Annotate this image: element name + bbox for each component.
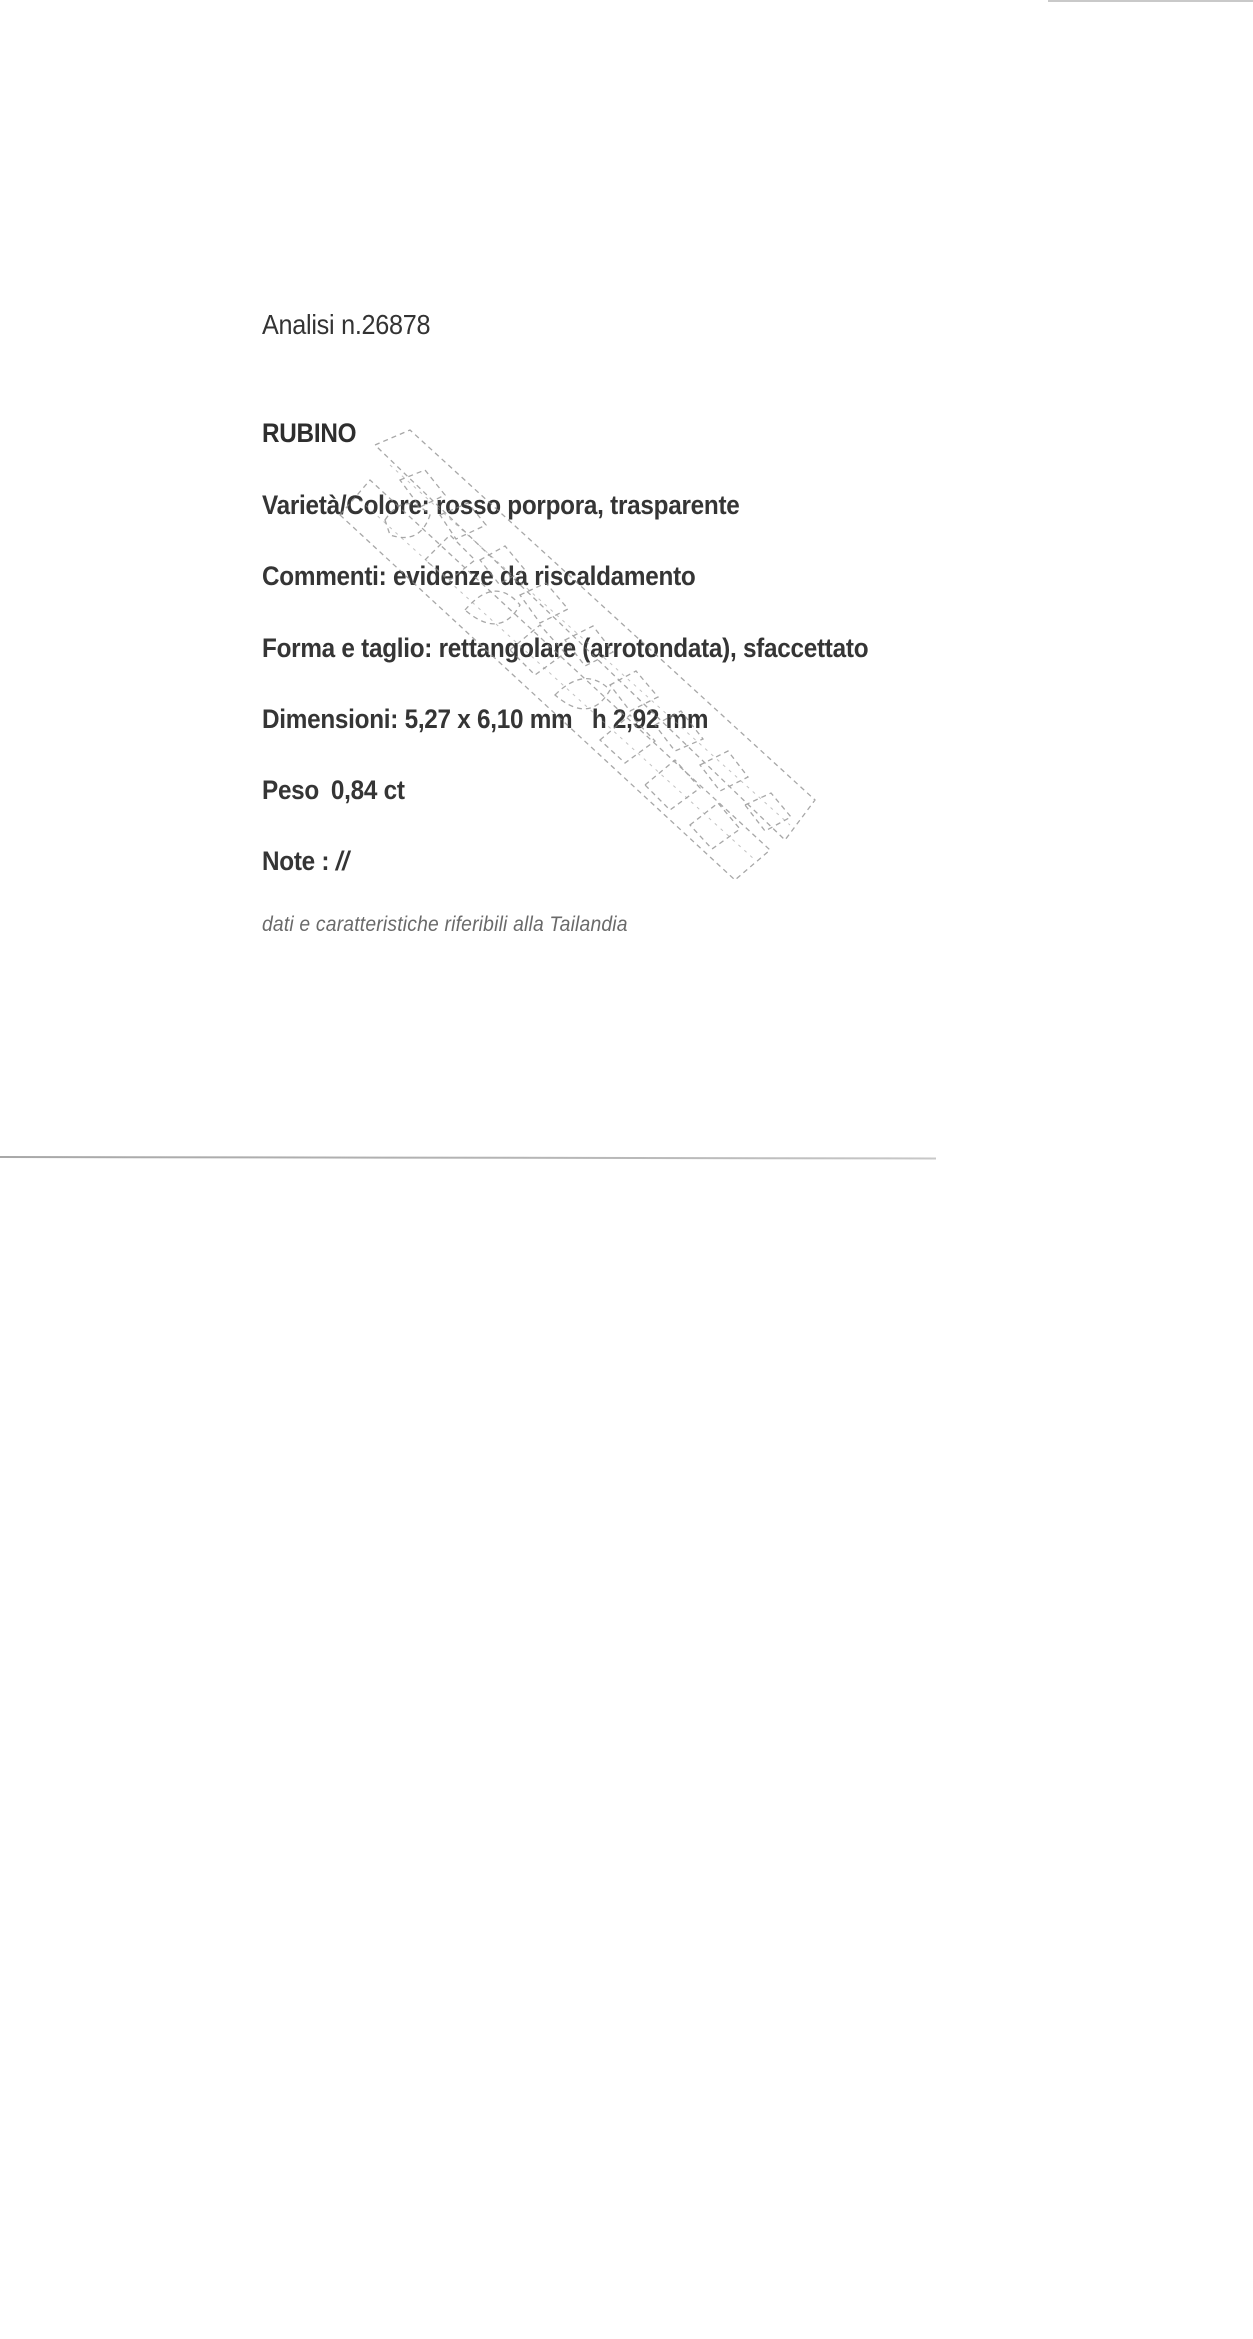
field-label: Note :	[262, 846, 329, 876]
field-value: //	[336, 846, 349, 876]
field-label: Commenti:	[262, 561, 386, 591]
origin-footnote: dati e caratteristiche riferibili alla T…	[262, 909, 628, 941]
field-value: rettangolare (arrotondata), sfaccettato	[439, 633, 869, 663]
field-value: evidenze da riscaldamento	[393, 561, 696, 591]
field-row-weight: Peso 0,84 ct	[262, 774, 405, 806]
field-label: Varietà/Colore:	[262, 490, 429, 520]
field-value: 5,27 x 6,10 mm h 2,92 mm	[405, 704, 709, 734]
scan-edge-top	[1048, 0, 1253, 2]
field-value: 0,84 ct	[331, 775, 405, 805]
field-label: Peso	[262, 775, 319, 805]
horizontal-rule	[0, 1156, 936, 1159]
field-row-notes: Note : //	[262, 845, 349, 877]
field-row-comments: Commenti: evidenze da riscaldamento	[262, 560, 695, 592]
field-row-shape-cut: Forma e taglio: rettangolare (arrotondat…	[262, 632, 868, 664]
field-label: Dimensioni:	[262, 704, 398, 734]
gem-title: RUBINO	[262, 417, 356, 449]
field-value: rosso porpora, trasparente	[436, 490, 740, 520]
analysis-number: Analisi n.26878	[262, 309, 430, 341]
field-row-variety-color: Varietà/Colore: rosso porpora, trasparen…	[262, 489, 740, 521]
field-label: Forma e taglio:	[262, 633, 432, 663]
field-row-dimensions: Dimensioni: 5,27 x 6,10 mm h 2,92 mm	[262, 703, 708, 735]
